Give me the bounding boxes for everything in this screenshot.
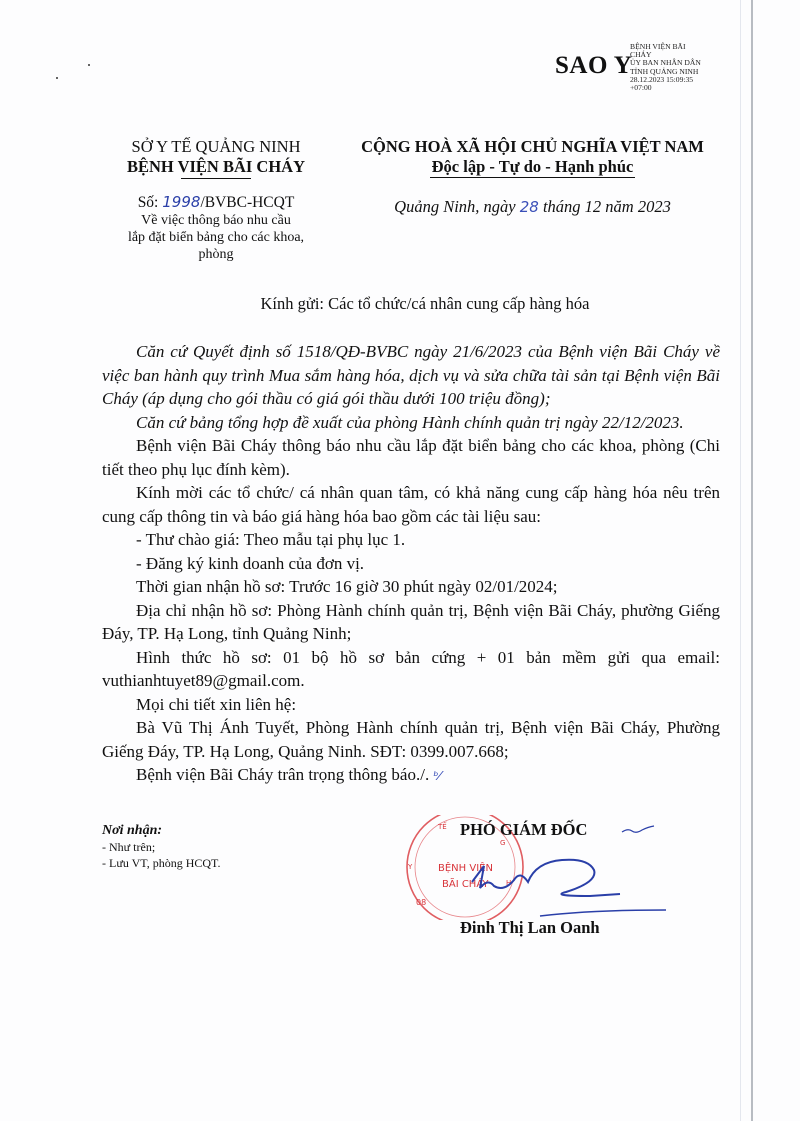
doc-number-handwritten: 1998	[162, 193, 200, 211]
signature-icon	[470, 852, 670, 922]
scan-speck	[88, 64, 90, 66]
header-underline	[181, 178, 251, 179]
body-paragraph: Hình thức hồ sơ: 01 bộ hồ sơ bản cứng + …	[102, 646, 720, 693]
closing-text: Bệnh viện Bãi Cháy trân trọng thông báo.…	[136, 765, 429, 784]
page-edge-line	[751, 0, 753, 1121]
document-number: Số: 1998/BVBC-HCQT	[110, 193, 322, 212]
scan-speck	[56, 77, 58, 79]
copy-stamp-meta: BỆNH VIỆN BÃI CHÁY ỦY BAN NHÂN DÂN TỈNH …	[630, 43, 740, 92]
small-signature-icon	[620, 822, 656, 836]
body-paragraph: Địa chỉ nhận hồ sơ: Phòng Hành chính quả…	[102, 599, 720, 646]
subject-line: lắp đặt biển bảng cho các khoa,	[110, 229, 322, 246]
national-motto: Độc lập - Tự do - Hạnh phúc	[340, 157, 725, 177]
national-title: CỘNG HOÀ XÃ HỘI CHỦ NGHĨA VIỆT NAM	[340, 137, 725, 157]
body-list-item: - Thư chào giá: Theo mẫu tại phụ lục 1.	[102, 528, 720, 552]
date-day-handwritten: 28	[520, 198, 539, 216]
recipients-title: Nơi nhận:	[102, 822, 352, 839]
motto-underline	[430, 177, 635, 178]
subject-line: Về việc thông báo nhu cầu	[110, 212, 322, 229]
body-paragraph: Mọi chi tiết xin liên hệ:	[102, 693, 720, 717]
recipient-item: - Lưu VT, phòng HCQT.	[102, 855, 352, 871]
document-subject: Về việc thông báo nhu cầu lắp đặt biển b…	[110, 212, 322, 263]
page-edge-shadow	[740, 0, 741, 1121]
svg-text:TẾ: TẾ	[437, 821, 447, 831]
body-paragraph: Bệnh viện Bãi Cháy thông báo nhu cầu lắp…	[102, 434, 720, 481]
svg-text:Y: Y	[407, 863, 413, 871]
svg-text:G: G	[500, 839, 505, 847]
hospital-name: BỆNH VIỆN BÃI CHÁY	[110, 157, 322, 177]
recipient-item: - Như trên;	[102, 839, 352, 855]
body-paragraph: Bà Vũ Thị Ánh Tuyết, Phòng Hành chính qu…	[102, 716, 720, 763]
copy-stamp-label: SAO Y	[555, 52, 632, 80]
issuing-authority-block: SỞ Y TẾ QUẢNG NINH BỆNH VIỆN BÃI CHÁY Số…	[110, 137, 322, 263]
ministry-name: SỞ Y TẾ QUẢNG NINH	[110, 137, 322, 157]
place-date-prefix: Quảng Ninh, ngày	[394, 197, 520, 216]
initial-mark-icon: ᵇ⁄	[433, 769, 440, 783]
document-body: Căn cứ Quyết định số 1518/QĐ-BVBC ngày 2…	[102, 340, 720, 789]
body-paragraph: Căn cứ Quyết định số 1518/QĐ-BVBC ngày 2…	[102, 340, 720, 411]
recipients-block: Nơi nhận: - Như trên; - Lưu VT, phòng HC…	[102, 822, 352, 871]
stamp-meta-timezone: +07:00	[630, 84, 740, 92]
doc-number-prefix: Số:	[138, 194, 163, 211]
subject-line: phòng	[110, 246, 322, 263]
body-list-item: - Đăng ký kinh doanh của đơn vị.	[102, 552, 720, 576]
place-and-date: Quảng Ninh, ngày 28 tháng 12 năm 2023	[340, 197, 725, 217]
body-paragraph: Bệnh viện Bãi Cháy trân trọng thông báo.…	[102, 763, 720, 789]
body-paragraph: Kính mời các tổ chức/ cá nhân quan tâm, …	[102, 481, 720, 528]
body-paragraph: Căn cứ bảng tổng hợp đề xuất của phòng H…	[102, 411, 720, 435]
body-paragraph: Thời gian nhận hồ sơ: Trước 16 giờ 30 ph…	[102, 575, 720, 599]
place-date-suffix: tháng 12 năm 2023	[539, 197, 671, 216]
addressee-line: Kính gửi: Các tổ chức/cá nhân cung cấp h…	[0, 294, 800, 314]
svg-text:08: 08	[416, 898, 426, 907]
national-header-block: CỘNG HOÀ XÃ HỘI CHỦ NGHĨA VIỆT NAM Độc l…	[340, 137, 725, 217]
doc-number-suffix: /BVBC-HCQT	[200, 194, 294, 211]
